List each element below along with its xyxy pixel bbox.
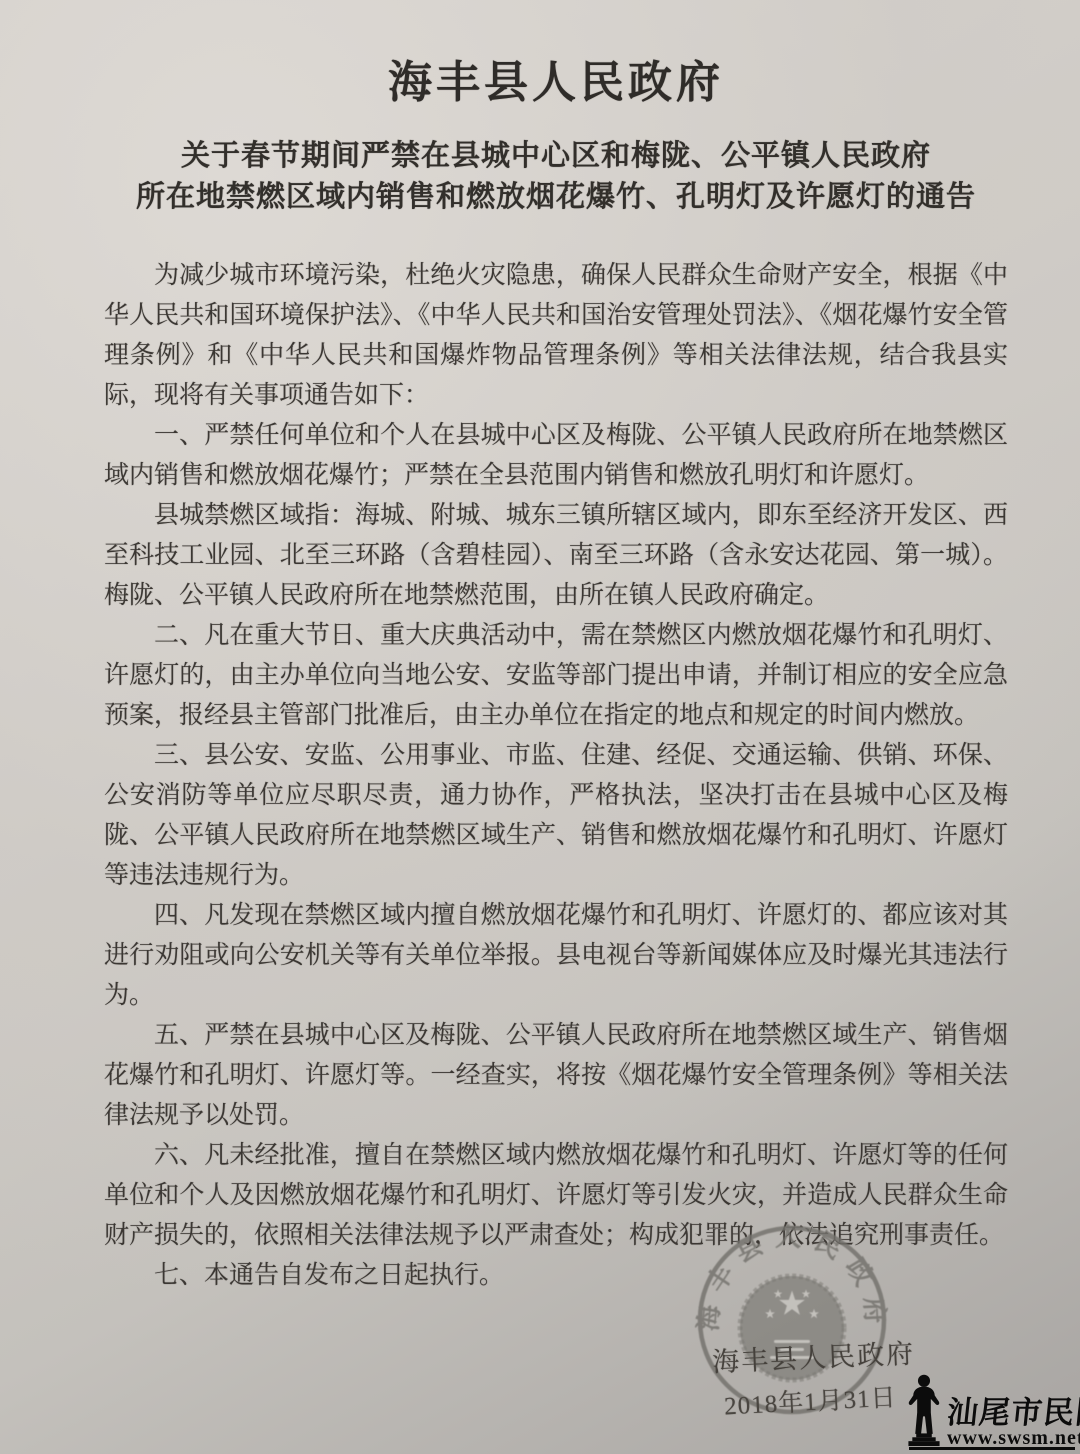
document-subtitle: 关于春节期间严禁在县城中心区和梅陇、公平镇人民政府 所在地禁燃区域内销售和燃放烟… <box>104 136 1008 218</box>
watermark-texts: 汕尾市民网 www.swsm.net <box>947 1398 1080 1448</box>
watermark-site-url: www.swsm.net <box>947 1428 1080 1448</box>
document-body: 为减少城市环境污染，杜绝火灾隐患，确保人民群众生命财产安全，根据《中华人民共和国… <box>104 256 1008 1296</box>
person-silhouette-icon <box>903 1374 945 1448</box>
issue-date: 2018年1月31日 <box>723 1378 897 1423</box>
body-paragraph-item7: 七、本通告自发布之日起执行。 <box>104 1256 1008 1296</box>
watermark-row: 汕尾市民网 www.swsm.net <box>903 1374 1075 1448</box>
body-paragraph-item1-area: 县城禁燃区域指：海城、附城、城东三镇所辖区域内，即东至经济开发区、西至科技工业园… <box>104 496 1008 616</box>
subtitle-line-1: 关于春节期间严禁在县城中心区和梅陇、公平镇人民政府 <box>104 136 1008 177</box>
body-paragraph-item1: 一、严禁任何单位和个人在县城中心区及梅陇、公平镇人民政府所在地禁燃区域内销售和燃… <box>104 416 1008 496</box>
body-paragraph-intro: 为减少城市环境污染，杜绝火灾隐患，确保人民群众生命财产安全，根据《中华人民共和国… <box>104 256 1008 416</box>
photographed-notice-page: 海丰县人民政府 关于春节期间严禁在县城中心区和梅陇、公平镇人民政府 所在地禁燃区… <box>0 0 1080 1454</box>
body-paragraph-item6: 六、凡未经批准，擅自在禁燃区域内燃放烟花爆竹和孔明灯、许愿灯等的任何单位和个人及… <box>104 1136 1008 1256</box>
watermark-underline <box>909 1447 1075 1450</box>
site-watermark: 汕尾市民网 www.swsm.net <box>903 1374 1075 1452</box>
document-title: 海丰县人民政府 <box>104 56 1008 110</box>
subtitle-line-2: 所在地禁燃区域内销售和燃放烟花爆竹、孔明灯及许愿灯的通告 <box>104 177 1008 218</box>
watermark-site-name: 汕尾市民网 <box>945 1398 1080 1428</box>
body-paragraph-item2: 二、凡在重大节日、重大庆典活动中，需在禁燃区内燃放烟花爆竹和孔明灯、许愿灯的，由… <box>104 616 1008 736</box>
issuer-name: 海丰县人民政府 <box>711 1332 916 1380</box>
body-paragraph-item3: 三、县公安、安监、公用事业、市监、住建、经促、交通运输、供销、环保、公安消防等单… <box>104 736 1008 896</box>
notice-document: 海丰县人民政府 关于春节期间严禁在县城中心区和梅陇、公平镇人民政府 所在地禁燃区… <box>104 44 1008 1296</box>
body-paragraph-item5: 五、严禁在县城中心区及梅陇、公平镇人民政府所在地禁燃区域生产、销售烟花爆竹和孔明… <box>104 1016 1008 1136</box>
body-paragraph-item4: 四、凡发现在禁燃区域内擅自燃放烟花爆竹和孔明灯、许愿灯的、都应该对其进行劝阻或向… <box>104 896 1008 1016</box>
